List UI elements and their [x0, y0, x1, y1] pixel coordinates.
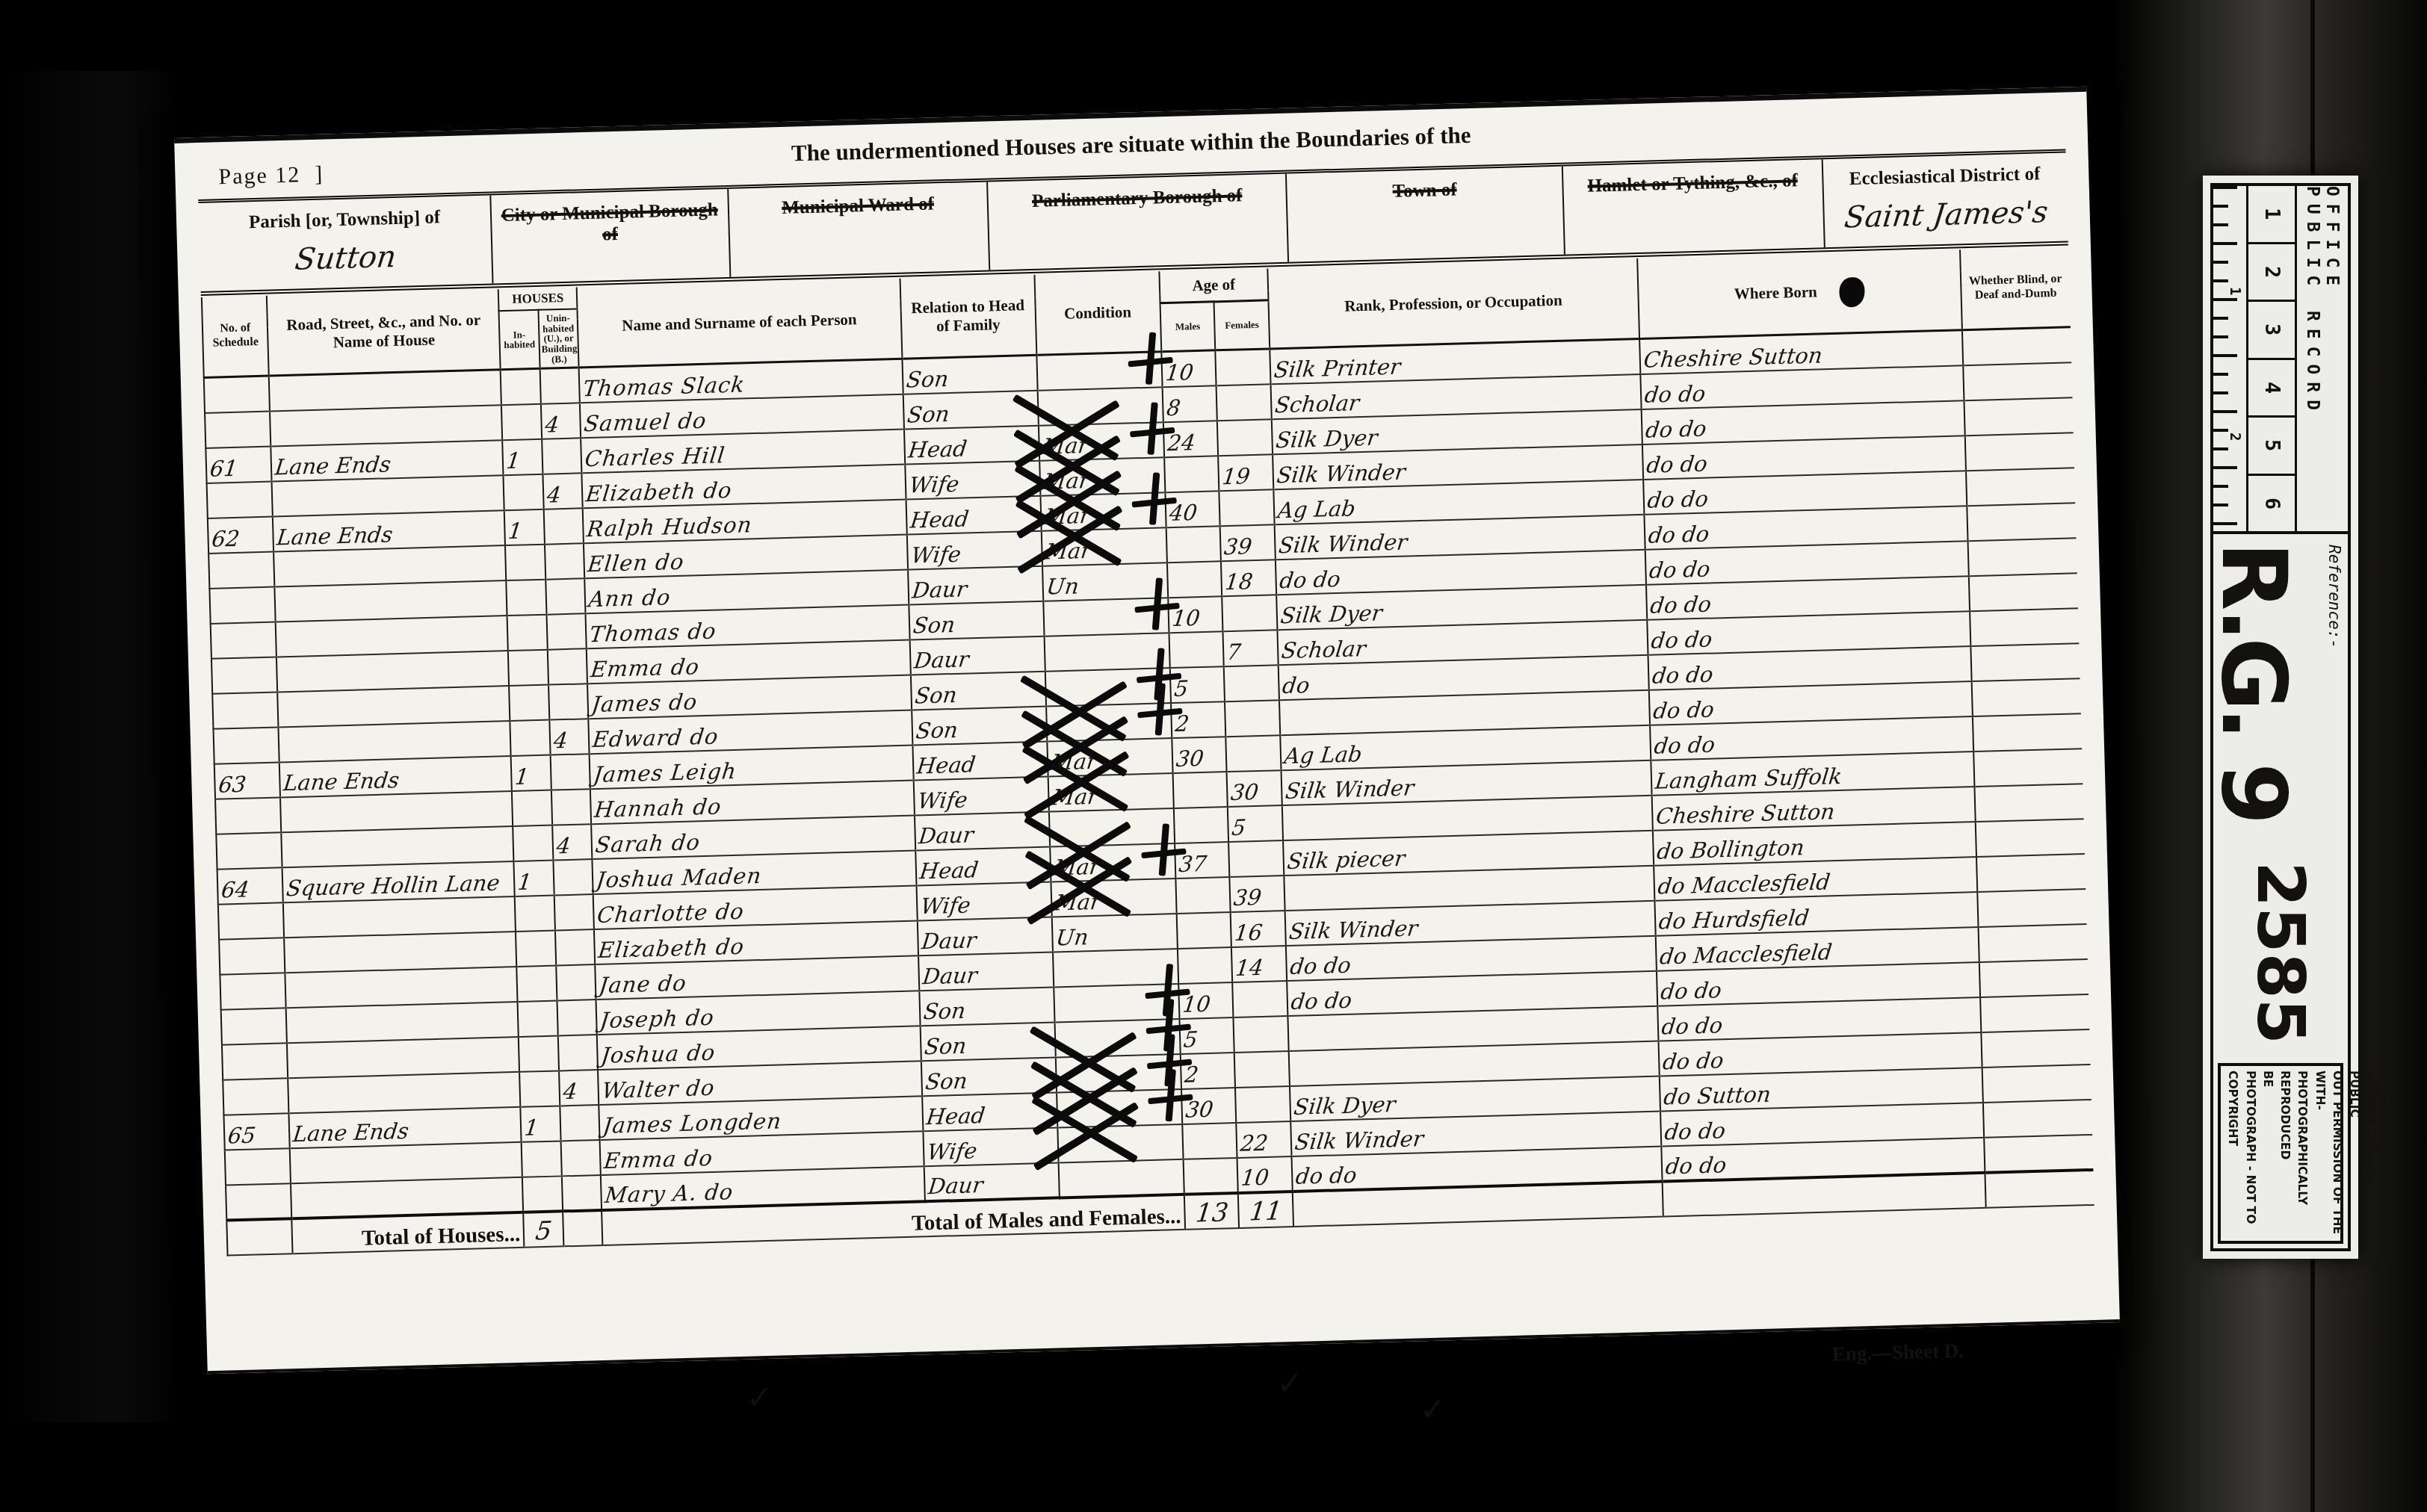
- age-female-text: 16: [1234, 920, 1264, 946]
- age-male: [1169, 631, 1224, 668]
- film-top-edge: [0, 0, 2427, 71]
- relation-to-head: Daur: [918, 952, 1054, 991]
- marital-condition: Mar: [1051, 879, 1177, 917]
- road-name-text: Lane Ends: [282, 767, 401, 796]
- enumerator-mark-text: 4: [544, 412, 560, 438]
- ruler-inch-number: 2: [2227, 433, 2243, 441]
- age-male-text: 8: [1165, 394, 1181, 421]
- col-males: Males: [1160, 302, 1215, 352]
- age-male: [1178, 947, 1233, 984]
- enumerator-mark-text: 4: [555, 833, 572, 859]
- ink-blot: [1839, 277, 1865, 308]
- blind-deaf: [1984, 1135, 2093, 1173]
- houses-inhabited: 1: [504, 509, 545, 545]
- road-name: Lane Ends: [289, 1107, 522, 1148]
- census-page: Page 12 ] The undermentioned Houses are …: [174, 87, 2120, 1375]
- schedule-number: [218, 902, 285, 939]
- col-houses: HOUSES: [498, 287, 578, 311]
- check-mark: ✓: [746, 1379, 773, 1416]
- blind-deaf: [1965, 433, 2074, 471]
- schedule-number: [207, 481, 273, 518]
- enumerator-mark: [548, 684, 589, 719]
- road-name: [276, 651, 509, 692]
- blind-deaf: [1964, 397, 2073, 436]
- houses-inhabited: [513, 825, 553, 861]
- marital-condition: [1055, 1054, 1181, 1093]
- marital-condition: [1054, 984, 1180, 1023]
- occupation-text: Scholar: [1273, 390, 1361, 418]
- occupation-text: Silk Dyer: [1279, 600, 1384, 628]
- road-name-text: Lane Ends: [292, 1118, 411, 1147]
- relation-to-head-text: Daur: [910, 576, 968, 603]
- col-blind: Whether Blind, or Deaf and-Dumb: [1960, 247, 2071, 330]
- blind-deaf: [1976, 819, 2085, 857]
- relation-to-head-text: Son: [922, 997, 967, 1024]
- houses-inhabited-text: 1: [517, 869, 534, 895]
- road-name-text: Square Hollin Lane: [285, 870, 501, 901]
- age-male: [1167, 561, 1222, 598]
- person-name-text: Mary A. do: [604, 1179, 735, 1208]
- ruler-number-cells: 123456: [2248, 186, 2297, 531]
- relation-to-head-text: Head: [909, 506, 970, 533]
- jurisdiction-field: Municipal Ward of: [727, 182, 989, 277]
- occupation-text: Silk Winder: [1276, 459, 1407, 488]
- enumerator-mark: [554, 894, 594, 930]
- schedule-number: [205, 411, 271, 447]
- ruler-ticks: 1 2: [2213, 186, 2248, 531]
- age-male-text: 2: [1174, 710, 1190, 737]
- jurisdiction-field: Hamlet or Tything, &c., of: [1562, 159, 1824, 254]
- road-name: [285, 967, 518, 1008]
- enumerator-mark-text: 4: [545, 482, 562, 508]
- age-female: [1234, 1016, 1289, 1053]
- houses-inhabited: [505, 544, 545, 580]
- person-name-text: Elizabeth do: [584, 477, 733, 506]
- person-name-text: Thomas Slack: [582, 371, 746, 401]
- relation-to-head: Head: [915, 846, 1051, 885]
- age-male: [1182, 1123, 1237, 1159]
- road-name: Lane Ends: [273, 510, 505, 551]
- ruler-number-cell: 3: [2248, 302, 2295, 360]
- road-name: [272, 475, 504, 516]
- where-born-text: do do: [1651, 661, 1714, 688]
- person-name-text: Ralph Hudson: [586, 512, 754, 542]
- enumerator-mark: [556, 964, 596, 1000]
- age-male: 37: [1175, 842, 1230, 879]
- col-occupation: Rank, Profession, or Occupation: [1267, 258, 1639, 349]
- blind-deaf: [1980, 994, 2089, 1032]
- houses-inhabited: [519, 1035, 559, 1071]
- age-male: 10: [1161, 350, 1216, 387]
- marital-condition-text: Mar: [1054, 888, 1102, 915]
- person-name-text: Ellen do: [587, 548, 686, 577]
- relation-to-head: Head: [904, 426, 1039, 465]
- field-label: Parliamentary Borough of: [988, 185, 1286, 214]
- enumerator-mark: [542, 438, 582, 474]
- enumerator-mark: [548, 648, 588, 684]
- road-name-text: Lane Ends: [274, 451, 393, 480]
- age-female: 39: [1220, 524, 1276, 561]
- enumerator-mark: 4: [559, 1070, 599, 1106]
- age-female: [1222, 595, 1278, 631]
- person-name-text: James Longden: [602, 1108, 783, 1138]
- field-label: City or Municipal Borough of: [492, 199, 729, 249]
- copyright-line: RECORD OFFICE, LONDON: [2363, 1071, 2398, 1236]
- copyright-line: REPRODUCED PHOTOGRAPHICALLY WITH-: [2276, 1071, 2328, 1236]
- microfilm-frame: { "page": { "number_label": "Page 12", "…: [0, 0, 2427, 1512]
- relation-to-head: Son: [902, 356, 1037, 394]
- enumerator-mark: [560, 1140, 601, 1176]
- film-left-edge: [0, 0, 187, 1512]
- table-body: Thomas SlackSon10Silk PrinterCheshire Su…: [204, 327, 2094, 1220]
- field-label: Municipal Ward of: [729, 193, 987, 221]
- houses-inhabited: [509, 684, 549, 720]
- relation-to-head-text: Son: [924, 1068, 968, 1094]
- schedule-number: [225, 1148, 291, 1185]
- marital-condition: [1044, 633, 1170, 672]
- relation-to-head: Head: [922, 1092, 1057, 1131]
- age-female: [1235, 1086, 1290, 1123]
- age-female-text: 5: [1231, 814, 1247, 840]
- age-female: 10: [1237, 1156, 1293, 1193]
- jurisdiction-field: Parish [or, Township] ofSutton: [198, 196, 492, 292]
- occupation-text: Silk Winder: [1284, 775, 1415, 804]
- marital-condition: [1057, 1089, 1183, 1128]
- schedule-number: [223, 1078, 289, 1115]
- houses-inhabited: [508, 649, 548, 685]
- schedule-number: [211, 657, 278, 693]
- relation-to-head-text: Son: [923, 1032, 968, 1059]
- schedule-number: 64: [217, 867, 284, 904]
- age-male-text: 10: [1181, 991, 1212, 1017]
- enumerator-mark: 4: [542, 473, 583, 509]
- schedule-number-text: 64: [220, 876, 250, 902]
- schedule-number: [226, 1183, 292, 1220]
- road-name: [274, 545, 507, 586]
- road-name: [275, 580, 507, 622]
- houses-inhabited: [522, 1176, 563, 1212]
- age-female: [1225, 700, 1280, 737]
- blind-deaf: [1983, 1100, 2092, 1138]
- marital-condition-text: Mar: [1041, 433, 1089, 459]
- where-born-text: do Sutton: [1662, 1081, 1772, 1109]
- person-name-text: James do: [590, 689, 699, 717]
- where-born-text: do do: [1660, 1012, 1724, 1039]
- total-females-value: 11: [1238, 1192, 1293, 1228]
- enumerator-mark: [539, 368, 580, 403]
- age-male: 10: [1168, 596, 1223, 633]
- enumerator-mark: [553, 859, 593, 895]
- road-name: Lane Ends: [271, 440, 504, 481]
- reference-label: Reference:-: [2325, 545, 2343, 648]
- totals-blank: [1985, 1170, 2094, 1208]
- relation-to-head: Son: [910, 671, 1045, 710]
- person-name-text: Joshua do: [600, 1039, 717, 1068]
- road-name: Lane Ends: [279, 756, 512, 797]
- ruler-number-cell: 2: [2248, 244, 2295, 303]
- field-label: Hamlet or Tything, &c., of: [1563, 170, 1822, 198]
- age-female: 22: [1237, 1121, 1292, 1158]
- marital-condition-text: Mar: [1051, 784, 1099, 811]
- col-schedule: No. of Schedule: [202, 296, 269, 378]
- schedule-number-text: 62: [211, 525, 241, 551]
- relation-to-head-text: Son: [913, 682, 958, 709]
- marital-condition: Mar: [1040, 492, 1166, 531]
- blind-deaf: [1976, 854, 2086, 892]
- age-male: 8: [1163, 385, 1218, 422]
- houses-inhabited: 1: [514, 860, 554, 896]
- field-label: Town of: [1287, 177, 1562, 206]
- age-male-text: 10: [1171, 605, 1202, 631]
- road-name: [291, 1177, 523, 1218]
- enumerator-mark: [546, 613, 587, 649]
- where-born-text: do do: [1664, 1152, 1728, 1179]
- person-name-text: Joseph do: [599, 1004, 716, 1032]
- blind-deaf: [1973, 713, 2082, 752]
- marital-condition: [1048, 808, 1175, 847]
- blind-deaf: [1973, 749, 2083, 787]
- series-number: R.G. 9: [2215, 542, 2291, 821]
- schedule-number: [219, 938, 285, 974]
- occupation-text: Silk piecer: [1286, 845, 1406, 873]
- schedule-number: [211, 622, 277, 658]
- marital-condition: Un: [1042, 563, 1169, 601]
- blind-deaf: [1977, 889, 2086, 927]
- marital-condition: [1037, 387, 1163, 426]
- houses-inhabited: [512, 790, 552, 825]
- col-uninhabited: Unin-habited (U.), or Building (B.): [538, 309, 579, 368]
- ruler-number: 3: [2260, 323, 2284, 335]
- houses-inhabited: [510, 719, 551, 755]
- jurisdiction-field: Ecclesiastical District ofSaint James's: [1821, 152, 2068, 247]
- schedule-number: [212, 692, 279, 728]
- road-name: [276, 616, 508, 657]
- schedule-number: 61: [205, 446, 272, 483]
- relation-to-head-text: Son: [905, 366, 950, 393]
- relation-to-head-text: Head: [906, 436, 968, 462]
- census-table: No. of Schedule Road, Street, &c., and N…: [201, 247, 2094, 1256]
- where-born-text: Cheshire Sutton: [1642, 342, 1824, 373]
- age-male: 30: [1181, 1088, 1237, 1124]
- pro-reference-label: 1 2 123456 PUBLIC RECORD OFFICE R.G. 9 R…: [2203, 176, 2358, 1259]
- enumerator-mark: [545, 578, 586, 614]
- totals-blank: [563, 1210, 603, 1246]
- total-males-value: 13: [1184, 1193, 1240, 1230]
- relation-to-head-text: Daur: [920, 927, 977, 954]
- relation-to-head: Daur: [915, 811, 1050, 850]
- age-female-text: 10: [1240, 1164, 1271, 1190]
- enumerator-mark: [562, 1175, 602, 1211]
- schedule-number: 62: [208, 516, 274, 553]
- houses-inhabited-text: 1: [514, 763, 531, 790]
- road-name: [278, 686, 510, 727]
- relation-to-head: Wife: [905, 461, 1040, 500]
- age-male: [1183, 1158, 1238, 1195]
- enumerator-mark: [557, 1000, 597, 1035]
- relation-to-head: Daur: [917, 917, 1052, 955]
- relation-to-head: Head: [906, 496, 1041, 535]
- enumerator-mark-text: 4: [552, 728, 569, 754]
- person-name-text: Charles Hill: [584, 442, 726, 471]
- houses-inhabited: [516, 930, 556, 966]
- relation-to-head-text: Son: [906, 401, 950, 428]
- age-male-text: 37: [1178, 851, 1208, 877]
- road-name: [269, 370, 501, 411]
- age-male: 2: [1181, 1053, 1236, 1089]
- houses-inhabited-text: 1: [505, 447, 522, 474]
- occupation-text: do do: [1294, 1162, 1358, 1189]
- relation-to-head: Daur: [924, 1162, 1059, 1201]
- film-bottom-edge: [0, 1422, 2427, 1512]
- age-female: [1226, 735, 1281, 772]
- ruler-number: 2: [2260, 266, 2284, 278]
- marital-condition: [1036, 352, 1163, 391]
- relation-to-head-text: Head: [918, 857, 980, 884]
- occupation-text: Silk Dyer: [1274, 424, 1379, 453]
- road-name-text: Lane Ends: [276, 521, 395, 550]
- marital-condition: [1058, 1159, 1184, 1198]
- where-born-text: do do: [1644, 415, 1707, 442]
- enumerator-mark: 4: [541, 403, 581, 439]
- ruler-number: 5: [2260, 439, 2284, 451]
- schedule-number: [213, 727, 279, 763]
- pro-label-inner: 1 2 123456 PUBLIC RECORD OFFICE R.G. 9 R…: [2210, 183, 2351, 1251]
- marital-condition: [1057, 1124, 1184, 1163]
- enumerator-mark: 4: [552, 824, 593, 860]
- relation-to-head: Son: [912, 706, 1047, 745]
- blind-deaf: [1970, 643, 2080, 681]
- relation-to-head-text: Head: [925, 1103, 986, 1130]
- blind-deaf: [1979, 924, 2088, 962]
- age-male-text: 30: [1175, 746, 1205, 772]
- relation-to-head-text: Wife: [909, 541, 962, 568]
- age-female-text: 39: [1223, 533, 1254, 560]
- col-road: Road, Street, &c., and No. or Name of Ho…: [267, 289, 501, 376]
- relation-to-head: Son: [920, 1022, 1055, 1061]
- enumerator-mark: [558, 1035, 599, 1071]
- schedule-number: [220, 973, 286, 1009]
- occupation-text: do do: [1290, 987, 1353, 1014]
- person-name-text: Samuel do: [583, 407, 708, 436]
- relation-to-head-text: Son: [912, 612, 956, 639]
- ruler-number-cell: 5: [2248, 418, 2295, 476]
- blind-deaf: [1966, 468, 2075, 506]
- where-born-text: Langham Suffolk: [1654, 763, 1843, 794]
- col-name: Name and Surname of each Person: [577, 279, 902, 368]
- road-name: [290, 1142, 522, 1183]
- where-born-text: do do: [1661, 1047, 1725, 1074]
- relation-to-head-text: Wife: [908, 471, 960, 498]
- road-name: [288, 1072, 521, 1113]
- where-born-text: Cheshire Sutton: [1654, 799, 1836, 829]
- total-houses-value: 5: [523, 1211, 563, 1247]
- col-females: Females: [1214, 300, 1270, 350]
- age-female: 7: [1223, 630, 1279, 666]
- person-name-text: Sarah do: [594, 829, 702, 858]
- pro-office-name: PUBLIC RECORD OFFICE: [2297, 186, 2348, 531]
- occupation-text: do do: [1289, 952, 1352, 979]
- age-male: 2: [1171, 701, 1226, 738]
- jurisdiction-field: City or Municipal Borough of: [489, 189, 729, 284]
- relation-to-head-text: Son: [915, 717, 959, 744]
- age-female: 16: [1231, 911, 1286, 947]
- houses-inhabited-text: 1: [523, 1115, 539, 1141]
- schedule-number: [222, 1043, 288, 1079]
- where-born-text: do Hurdsfield: [1657, 905, 1811, 935]
- blind-deaf: [1972, 678, 2081, 716]
- relation-to-head-text: Daur: [912, 646, 970, 673]
- age-male: 30: [1172, 737, 1227, 773]
- col-age: Age of: [1159, 268, 1268, 303]
- schedule-number: 63: [214, 762, 281, 799]
- relation-to-head: Wife: [906, 530, 1042, 569]
- schedule-number: [215, 797, 282, 834]
- blind-deaf: [1982, 1065, 2091, 1103]
- relation-to-head: Daur: [909, 636, 1045, 675]
- where-born-text: do do: [1643, 380, 1707, 407]
- age-female: 30: [1227, 770, 1282, 807]
- where-born-text: do do: [1653, 731, 1716, 758]
- relation-to-head-text: Wife: [916, 787, 968, 814]
- schedule-number: [221, 1008, 288, 1044]
- marital-condition-text: Un: [1054, 924, 1089, 950]
- enumerator-mark: [545, 543, 585, 579]
- age-female-text: 30: [1230, 779, 1261, 805]
- blind-deaf: [1979, 959, 2089, 997]
- enumerator-mark: [555, 929, 596, 965]
- marital-condition: [1052, 949, 1178, 988]
- age-female-text: 39: [1233, 884, 1264, 911]
- person-name-text: Hannah do: [593, 793, 723, 822]
- person-name-text: Walter do: [601, 1075, 717, 1103]
- age-female-text: 14: [1234, 955, 1265, 981]
- relation-to-head: Son: [919, 987, 1054, 1026]
- age-male-text: 5: [1173, 675, 1190, 701]
- ruler-number-cell: 4: [2248, 360, 2295, 418]
- occupation-text: Silk Winder: [1277, 529, 1409, 558]
- marital-condition: Mar: [1050, 843, 1176, 882]
- houses-inhabited: [501, 369, 541, 405]
- houses-inhabited-text: 1: [507, 518, 524, 544]
- houses-inhabited: 1: [503, 439, 543, 475]
- relation-to-head-text: Daur: [921, 962, 978, 989]
- marital-condition-text: Mar: [1042, 468, 1091, 495]
- where-born-text: do Macclesfield: [1658, 939, 1833, 969]
- blind-deaf: [1974, 784, 2083, 822]
- blind-deaf: [1969, 573, 2078, 611]
- field-value-handwritten: Sutton: [198, 237, 493, 279]
- road-name: [286, 1002, 519, 1043]
- schedule-number: [204, 376, 270, 412]
- occupation-text: do do: [1279, 566, 1342, 593]
- relation-to-head: Daur: [908, 566, 1043, 604]
- occupation-text: do: [1281, 672, 1311, 698]
- road-name: [270, 405, 502, 446]
- total-houses-label: Total of Houses...: [292, 1212, 525, 1254]
- piece-number: 2585: [2242, 861, 2319, 1044]
- sheet-footer: Eng.—Sheet D.: [1831, 1339, 1964, 1366]
- person-name-text: Edward do: [591, 723, 720, 752]
- blind-deaf: [1968, 538, 2077, 576]
- check-mark: ✓: [1276, 1365, 1304, 1402]
- houses-inhabited: [504, 474, 544, 510]
- copyright-notice: COPYRIGHT PHOTOGRAPH - NOT TO BEREPRODUC…: [2218, 1063, 2343, 1244]
- relation-to-head-text: Daur: [927, 1172, 984, 1199]
- ruler-number-cell: 1: [2248, 186, 2295, 244]
- age-male-text: 30: [1184, 1096, 1215, 1122]
- marital-condition: Mar: [1041, 527, 1167, 566]
- schedule-number-text: 63: [217, 771, 248, 797]
